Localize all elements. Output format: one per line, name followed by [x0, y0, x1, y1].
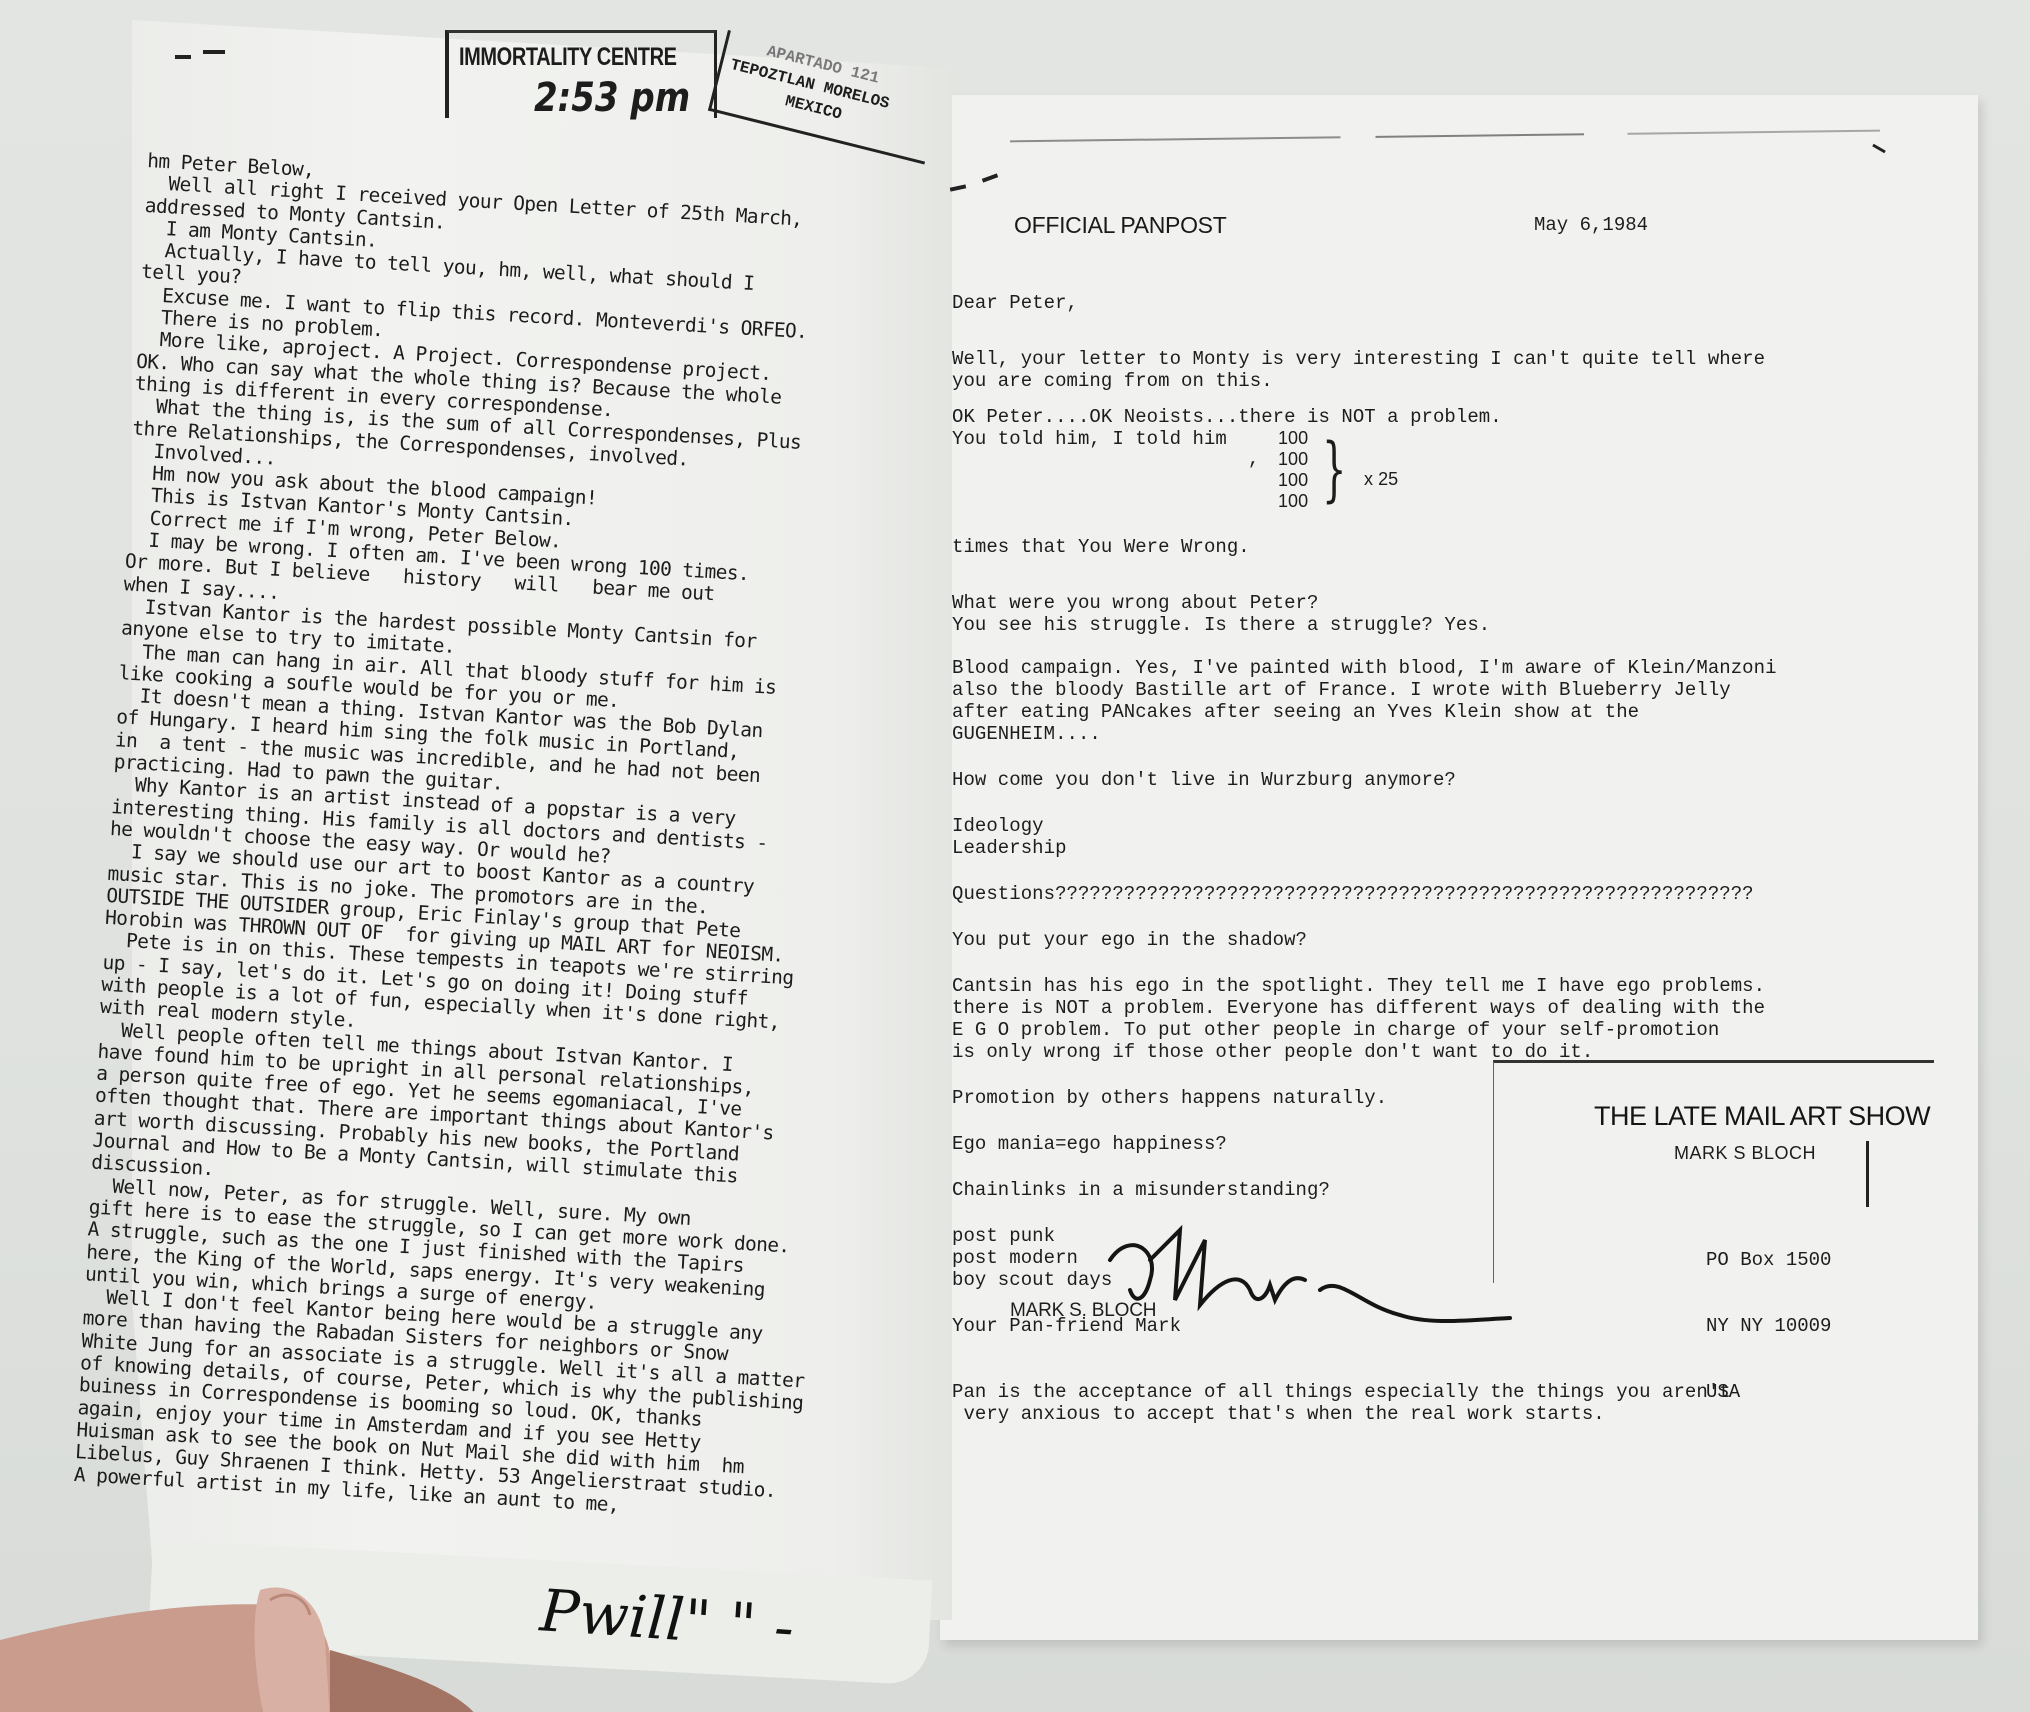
ideology-item: Ideology: [952, 815, 1912, 837]
letter-date: May 6,1984: [1534, 214, 1648, 236]
paragraph-line: Well, your letter to Monty is very inter…: [952, 348, 1912, 370]
hundred-value: 100: [1278, 449, 1308, 470]
paragraph-line: What were you wrong about Peter?: [952, 592, 1912, 614]
hundreds-block: You told him, I told him , 100 100 100 1…: [952, 428, 1912, 540]
paragraph-line: E G O problem. To put other people in ch…: [952, 1019, 1912, 1041]
header-rule: [1010, 130, 1880, 143]
hand-holding-page: [0, 1580, 700, 1712]
address-line: USA: [1706, 1381, 1831, 1403]
paragraph-line: Cantsin has his ego in the spotlight. Th…: [952, 975, 1912, 997]
paragraph-line: there is NOT a problem. Everyone has dif…: [952, 997, 1912, 1019]
hundred-value: 100: [1278, 491, 1308, 512]
multiplier: x 25: [1364, 468, 1398, 490]
hundreds-list: 100 100 100 100: [1278, 428, 1308, 512]
address-line: NY NY 10009: [1706, 1315, 1831, 1337]
letter-header: OFFICIAL PANPOST May 6,1984: [1014, 212, 1914, 242]
stamp-title: THE LATE MAIL ART SHOW: [1594, 1101, 1930, 1132]
paragraph-line: after eating PANcakes after seeing an Yv…: [952, 701, 1912, 723]
signature-mark: [1090, 1220, 1530, 1350]
salutation: Dear Peter,: [952, 292, 1912, 314]
paragraph-line: Blood campaign. Yes, I've painted with b…: [952, 657, 1912, 679]
questions-line: Questions???????????????????????????????…: [952, 883, 1912, 905]
told-line: You told him, I told him: [952, 428, 1227, 450]
wurzburg-line: How come you don't live in Wurzburg anym…: [952, 769, 1912, 791]
late-mail-art-stamp: THE LATE MAIL ART SHOW MARK S BLOCH PO B…: [1493, 1060, 1934, 1283]
stray-comma: ,: [1248, 448, 1259, 470]
stamp-bar: [1866, 1141, 1869, 1207]
immortality-centre-stamp: IMMORTALITY CENTRE 2:53 pm: [445, 30, 717, 118]
stamp-title: IMMORTALITY CENTRE: [459, 43, 677, 72]
ink-dash: [203, 50, 225, 54]
curly-brace-icon: }: [1322, 426, 1347, 512]
stamp-address: PO Box 1500 NY NY 10009 USA: [1706, 1205, 1831, 1447]
letterhead-title: OFFICIAL PANPOST: [1014, 212, 1226, 239]
ideology-item: Leadership: [952, 837, 1912, 859]
paragraph-line: also the bloody Bastille art of France. …: [952, 679, 1912, 701]
ink-dash: [175, 55, 191, 59]
address-line: PO Box 1500: [1706, 1249, 1831, 1271]
typed-letter: hm Peter Below, Well all right I receive…: [73, 150, 946, 1530]
handwritten-time: 2:53 pm: [534, 75, 690, 121]
shadow-line: You put your ego in the shadow?: [952, 929, 1912, 951]
paragraph-line: You see his struggle. Is there a struggl…: [952, 614, 1912, 636]
hundred-value: 100: [1278, 428, 1308, 449]
paragraph-line: you are coming from on this.: [952, 370, 1912, 392]
ink-mark: [1872, 144, 1886, 154]
hundred-value: 100: [1278, 470, 1308, 491]
stamp-name: MARK S BLOCH: [1674, 1143, 1816, 1164]
ok-line: OK Peter....OK Neoists...there is NOT a …: [952, 406, 1912, 428]
paragraph-line: GUGENHEIM....: [952, 723, 1912, 745]
